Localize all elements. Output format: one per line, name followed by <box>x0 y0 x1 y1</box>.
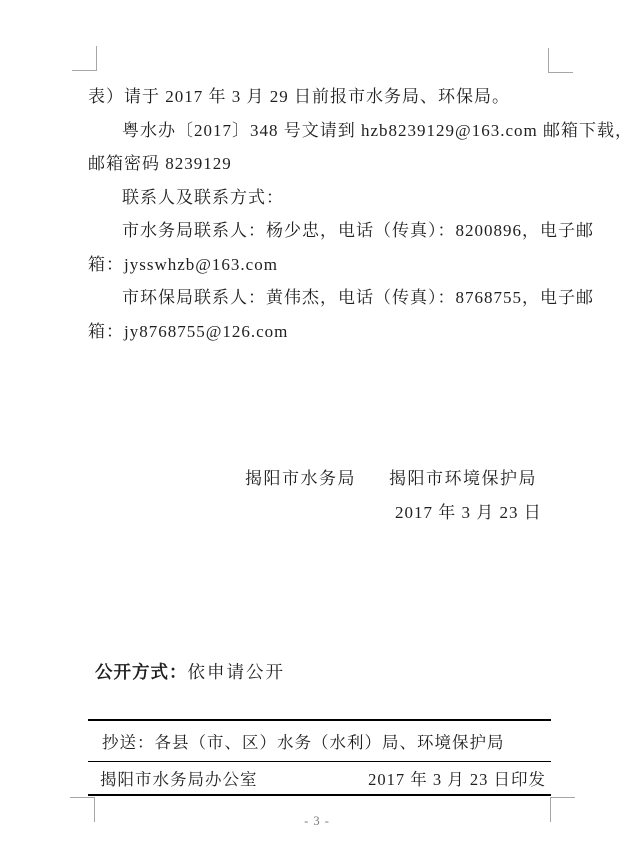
page-number: - 3 - <box>0 814 634 829</box>
body-line: 市环保局联系人：黄伟杰，电话（传真）：8768755，电子邮 <box>88 281 553 315</box>
body-line-email-epb: 箱：jy8768755@126.com <box>88 315 553 349</box>
body-line: 邮箱密码 8239129 <box>88 147 553 181</box>
disclosure-method-line: 公开方式：依申请公开 <box>95 656 285 690</box>
body-text: 表）请于 2017 年 3 月 29 日前报市水务局、环保局。 粤水办〔2017… <box>88 80 553 348</box>
cc-text: 抄送：各县（市、区）水务（水利）局、环境保护局 <box>102 729 505 753</box>
body-line: 市水务局联系人：杨少忠，电话（传真）：8200896，电子邮 <box>88 214 553 248</box>
signature-date: 2017 年 3 月 23 日 <box>395 496 542 530</box>
signature-block: 揭阳市水务局揭阳市环境保护局 2017 年 3 月 23 日 <box>245 462 542 529</box>
body-line: 表）请于 2017 年 3 月 29 日前报市水务局、环保局。 <box>88 80 553 114</box>
disclosure-method-label: 公开方式： <box>95 662 188 682</box>
print-date: 2017 年 3 月 23 日印发 <box>368 766 546 790</box>
crop-mark-top-left <box>72 46 97 71</box>
signature-agency-water-bureau: 揭阳市水务局 <box>245 469 356 488</box>
body-line-email-water: 箱：jysswhzb@163.com <box>88 248 553 282</box>
document-page: 表）请于 2017 年 3 月 29 日前报市水务局、环保局。 粤水办〔2017… <box>0 0 634 852</box>
issue-row: 揭阳市水务局办公室 2017 年 3 月 23 日印发 <box>88 762 551 796</box>
body-line: 联系人及联系方式： <box>88 181 553 215</box>
cc-row: 抄送：各县（市、区）水务（水利）局、环境保护局 <box>88 721 551 762</box>
issuing-office: 揭阳市水务局办公室 <box>100 766 258 790</box>
body-line: 粤水办〔2017〕348 号文请到 hzb8239129@163.com 邮箱下… <box>88 114 553 148</box>
document-version-block: 抄送：各县（市、区）水务（水利）局、环境保护局 揭阳市水务局办公室 2017 年… <box>88 719 551 796</box>
signature-agencies: 揭阳市水务局揭阳市环境保护局 <box>245 462 542 496</box>
crop-mark-top-right <box>548 48 573 73</box>
disclosure-method-value: 依申请公开 <box>188 662 286 682</box>
signature-agency-environment-bureau: 揭阳市环境保护局 <box>389 469 537 488</box>
